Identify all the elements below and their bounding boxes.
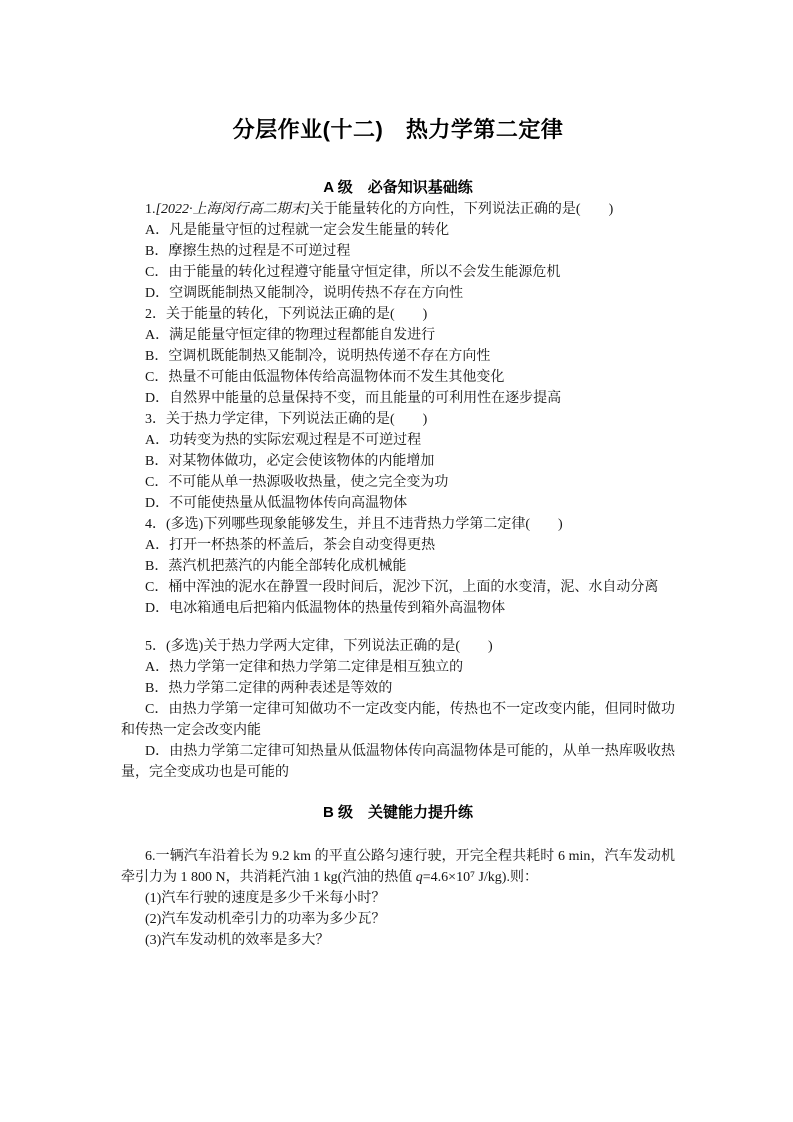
question-3-option-d: D．不可能使热量从低温物体传向高温物体 — [121, 493, 675, 514]
variable-q-symbol: q — [416, 870, 423, 885]
question-5-option-d: D．由热力学第二定律可知热量从低温物体传向高温物体是可能的，从单一热库吸收热量，… — [121, 741, 675, 783]
question-5-option-a: A．热力学第一定律和热力学第二定律是相互独立的 — [121, 657, 675, 678]
question-5-option-b: B．热力学第二定律的两种表述是等效的 — [121, 678, 675, 699]
question-4-option-d: D．电冰箱通电后把箱内低温物体的热量传到箱外高温物体 — [121, 598, 675, 619]
question-2-stem: 2．关于能量的转化，下列说法正确的是( ) — [121, 304, 675, 325]
question-3-option-a: A．功转变为热的实际宏观过程是不可逆过程 — [121, 430, 675, 451]
question-1-option-b: B．摩擦生热的过程是不可逆过程 — [121, 241, 675, 262]
page-title: 分层作业(十二) 热力学第二定律 — [121, 116, 675, 144]
question-6-stem: 6.一辆汽车沿着长为 9.2 km 的平直公路匀速行驶，开完全程共耗时 6 mi… — [121, 846, 675, 888]
question-3-option-b: B．对某物体做功，必定会使该物体的内能增加 — [121, 451, 675, 472]
section-a-heading: A 级 必备知识基础练 — [121, 177, 675, 199]
question-5-option-c: C．由热力学第一定律可知做功不一定改变内能，传热也不一定改变内能，但同时做功和传… — [121, 699, 675, 741]
question-1-source: [2022·上海闵行高二期末] — [156, 202, 310, 217]
question-1-option-a: A．凡是能量守恒的过程就一定会发生能量的转化 — [121, 220, 675, 241]
question-1-number: 1. — [145, 202, 156, 217]
question-1-option-c: C．由于能量的转化过程遵守能量守恒定律，所以不会发生能源危机 — [121, 262, 675, 283]
question-6-sub-3: (3)汽车发动机的效率是多大？ — [121, 930, 675, 951]
question-2-option-b: B．空调机既能制热又能制冷，说明热传递不存在方向性 — [121, 346, 675, 367]
worksheet-page: 分层作业(十二) 热力学第二定律 A 级 必备知识基础练 1.[2022·上海闵… — [0, 0, 793, 1122]
question-1-option-d: D．空调既能制热又能制冷，说明传热不存在方向性 — [121, 283, 675, 304]
question-1-text: 关于能量转化的方向性，下列说法正确的是( ) — [310, 202, 613, 217]
question-3-option-c: C．不可能从单一热源吸收热量，使之完全变为功 — [121, 472, 675, 493]
question-4-option-c: C．桶中浑浊的泥水在静置一段时间后，泥沙下沉，上面的水变清，泥、水自动分离 — [121, 577, 675, 598]
question-6-text-2: =4.6×10⁷ J/kg).则： — [423, 870, 538, 885]
question-2-option-a: A．满足能量守恒定律的物理过程都能自发进行 — [121, 325, 675, 346]
question-4-option-a: A．打开一杯热茶的杯盖后，茶会自动变得更热 — [121, 535, 675, 556]
question-4-option-b: B．蒸汽机把蒸汽的内能全部转化成机械能 — [121, 556, 675, 577]
question-4-stem: 4．(多选)下列哪些现象能够发生，并且不违背热力学第二定律( ) — [121, 514, 675, 535]
question-6-sub-2: (2)汽车发动机牵引力的功率为多少瓦？ — [121, 909, 675, 930]
question-2-option-c: C．热量不可能由低温物体传给高温物体而不发生其他变化 — [121, 367, 675, 388]
question-6-text-1: 6.一辆汽车沿着长为 9.2 km 的平直公路匀速行驶，开完全程共耗时 6 mi… — [121, 849, 675, 885]
question-2-option-d: D．自然界中能量的总量保持不变，而且能量的可利用性在逐步提高 — [121, 388, 675, 409]
question-1-stem: 1.[2022·上海闵行高二期末]关于能量转化的方向性，下列说法正确的是( ) — [121, 199, 675, 220]
section-b-heading: B 级 关键能力提升练 — [121, 802, 675, 824]
question-6-sub-1: (1)汽车行驶的速度是多少千米每小时？ — [121, 888, 675, 909]
question-5-stem: 5．(多选)关于热力学两大定律，下列说法正确的是( ) — [121, 636, 675, 657]
question-3-stem: 3．关于热力学定律，下列说法正确的是( ) — [121, 409, 675, 430]
